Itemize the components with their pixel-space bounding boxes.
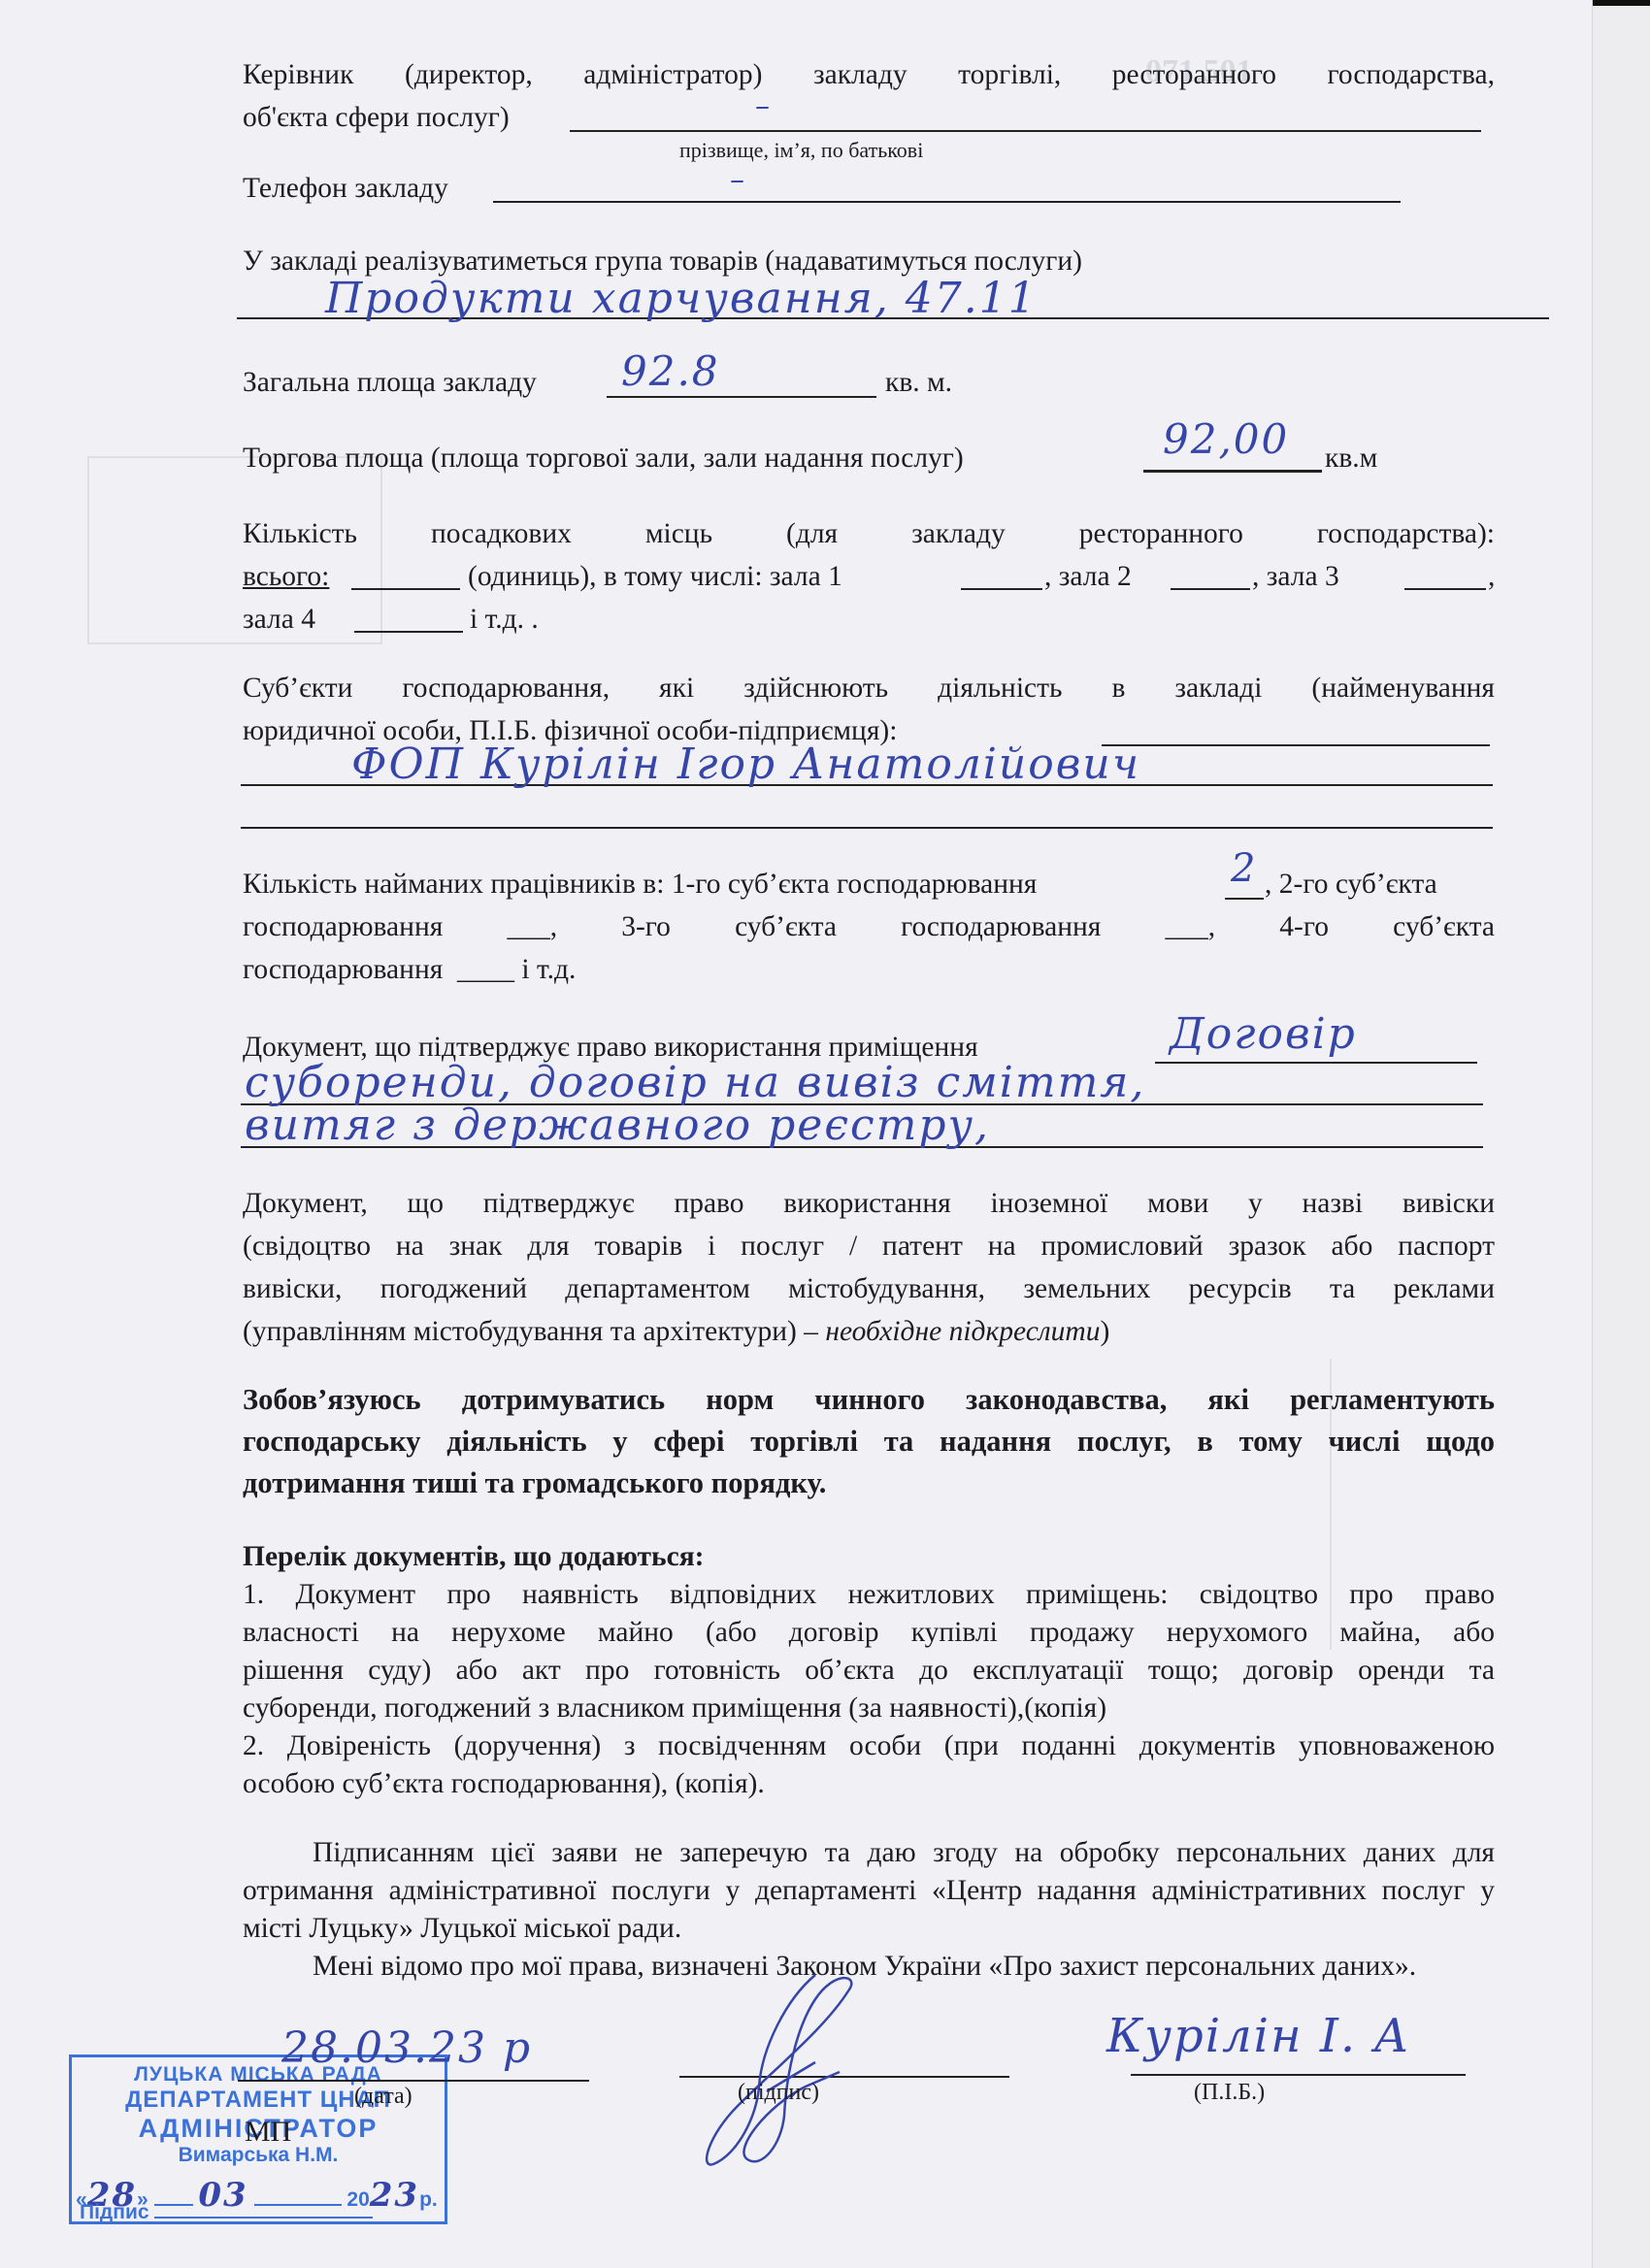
scan-edge [1592,0,1650,2268]
employees-line3: господарювання ____ і т.д. [243,954,576,987]
employees-line1-b: , 2-го суб’єкта [1265,869,1437,902]
head-name-caption: прізвище, ім’я, по батькові [679,138,923,162]
seats-comma: , [1488,561,1495,594]
name-field[interactable] [1131,2074,1466,2076]
date-field[interactable] [238,2080,589,2082]
obligation-line3: дотримання тиші та громадського порядку. [243,1466,826,1500]
name-caption: (П.І.Б.) [1194,2080,1265,2107]
consent-line2: отримання адміністративної послуги у деп… [243,1875,1495,1908]
phone-field[interactable] [493,201,1401,203]
entities-line1: Суб’єкти господарювання, які здійснюють … [243,673,1495,706]
seats-total-label: всього: [243,561,329,594]
attachments-item2-line2: особою суб’єкта господарювання), (копія)… [243,1768,765,1801]
attachments-item1-line2: власності на нерухоме майно (або договір… [243,1617,1495,1650]
premises-doc-value-line1: Договір [1170,1009,1357,1059]
consent-line1: Підписанням цієї заяви не заперечую та д… [313,1837,1495,1870]
employees-entity1-field[interactable] [1225,898,1264,900]
trade-area-field[interactable] [1143,470,1322,473]
foreign-doc-line4: (управлінням містобудування та архітекту… [243,1316,1109,1349]
foreign-doc-line3: вивіски, погоджений департаментом містоб… [243,1273,1495,1306]
entities-field-3[interactable] [241,827,1493,829]
foreign-doc-line4-text: (управлінням містобудування та архітекту… [243,1316,818,1347]
phone-label: Телефон закладу [243,173,448,206]
signature-scribble [670,1970,903,2174]
head-label-line1: Керівник (директор, адміністратор) закла… [243,59,1495,92]
foreign-doc-line4-end: ) [1100,1316,1109,1347]
attachments-item1-line3: рішення суду) або акт про готовність об’… [243,1655,1495,1688]
premises-doc-field-1[interactable] [1155,1062,1477,1064]
seats-hall1-field[interactable] [961,588,1042,590]
phone-value: – [730,163,746,197]
seats-hall2-label: , зала 2 [1044,561,1132,594]
total-area-field[interactable] [607,396,876,398]
stamp-place-label: МП [245,2116,291,2150]
stamp-date-r: р. [419,2188,438,2211]
employees-line1-a: Кількість найманих працівників в: 1-го с… [243,869,1037,902]
attachments-item1-line4: суборенди, погоджений з власником приміщ… [243,1693,1106,1726]
signature-caption: (підпис) [738,2080,819,2107]
entities-value: ФОП Курілін Ігор Анатолійович [351,740,1140,789]
employees-line2: господарювання ___, 3-го суб’єкта господ… [243,911,1495,944]
foreign-doc-line2: (свідоцтво на знак для товарів і послуг … [243,1231,1495,1264]
seats-hall3-field[interactable] [1404,588,1486,590]
obligation-line2: господарську діяльність у сфері торгівлі… [243,1425,1495,1459]
stamp-sign-label: Підпис [80,2201,149,2223]
premises-doc-value-line3: витяг з державного реєстру, [245,1101,990,1150]
seats-line1: Кількість посадкових місць (для закладу … [243,518,1495,551]
entities-field-1[interactable] [1102,744,1490,746]
stamp-sign-row: Підпис [80,2201,373,2224]
name-value: Курілін І. А [1106,2009,1411,2063]
goods-value: Продукти харчування, 47.11 [325,274,1038,323]
document-page: 071.501 Керівник (директор, адміністрато… [0,0,1592,2268]
seats-hall3-label: , зала 3 [1252,561,1339,594]
head-name-value: – [755,89,772,123]
total-area-value: 92.8 [621,347,720,395]
seats-hall4-field[interactable] [354,631,463,633]
date-caption: (дата) [354,2084,412,2111]
attachments-item2-line1: 2. Довіреність (доручення) з посвідчення… [243,1730,1495,1763]
consent-line3: місті Луцьку» Луцької міської ради. [243,1913,681,1946]
head-name-field[interactable] [570,130,1481,132]
trade-area-unit: кв.м [1325,443,1377,476]
employees-entity1-value: 2 [1231,846,1257,891]
foreign-doc-line4-italic: необхідне підкреслити [825,1316,1100,1347]
stamp-sign-line [154,2217,373,2219]
head-label-line2: об'єкта сфери послуг) [243,102,510,135]
signature-stroke [707,1975,851,2164]
seats-total-field[interactable] [351,588,460,590]
seats-hall2-field[interactable] [1171,588,1250,590]
obligation-line1: Зобов’язуюсь дотримуватись норм чинного … [243,1383,1495,1417]
scan-edge-shadow [1593,0,1650,6]
total-area-label: Загальна площа закладу [243,367,537,400]
trade-area-label: Торгова площа (площа торгової зали, зали… [243,443,964,476]
attachments-title: Перелік документів, що додаються: [243,1541,704,1574]
seats-units-label: (одиниць), в тому числі: зала 1 [468,561,842,594]
foreign-doc-line1: Документ, що підтверджує право використа… [243,1188,1495,1221]
seats-etc: і т.д. . [470,604,539,637]
date-value: 28.03.23 р [281,2023,532,2073]
attachments-item1-line1: 1. Документ про наявність відповідних не… [243,1579,1495,1612]
seats-hall4-label: зала 4 [243,604,315,637]
total-area-unit: кв. м. [885,367,952,400]
trade-area-value: 92,00 [1163,415,1289,463]
stamp-date-year-suffix: 23 [370,2176,419,2215]
